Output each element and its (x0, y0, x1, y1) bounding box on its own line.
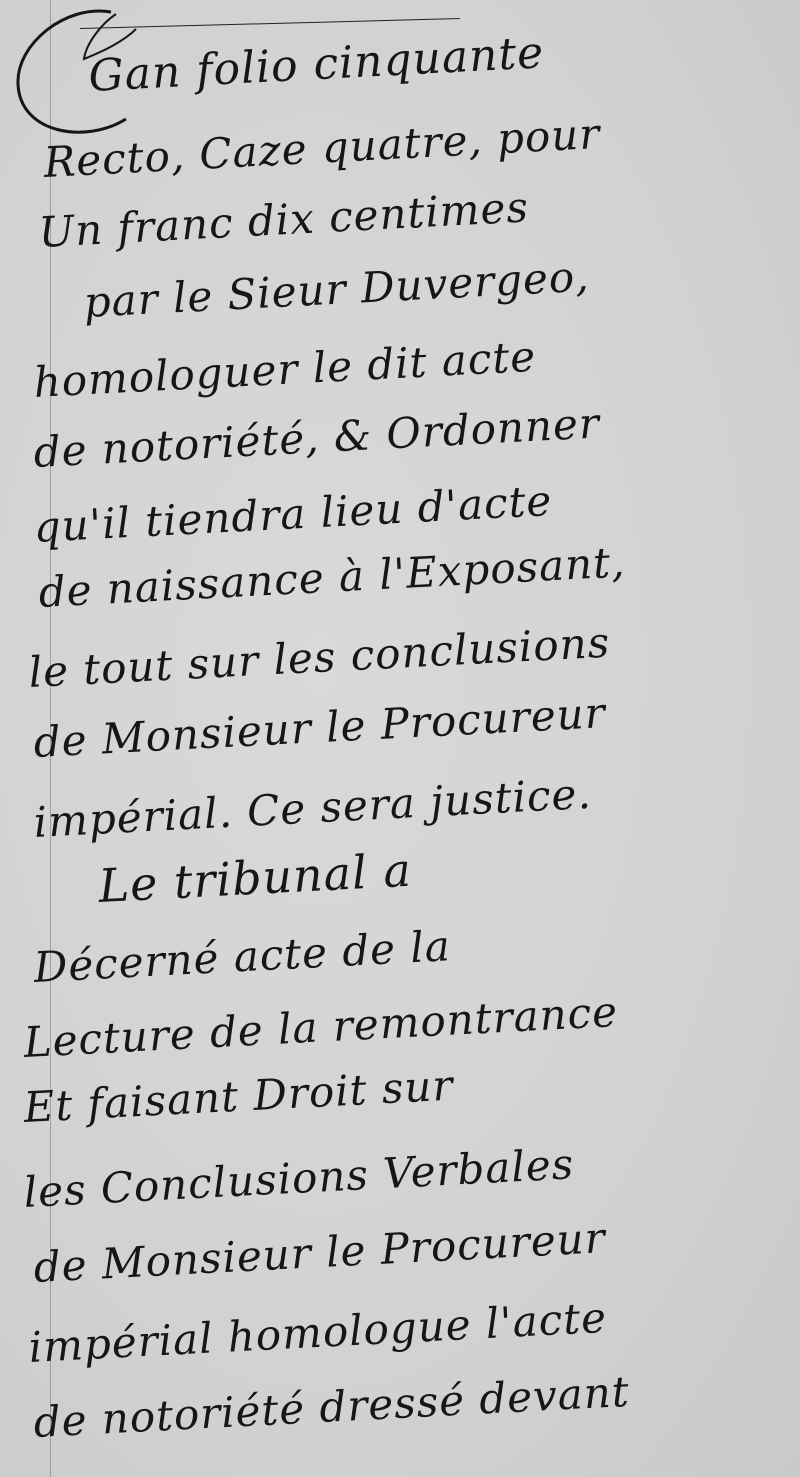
manuscript-line: les Conclusions Verbales (22, 1139, 575, 1217)
manuscript-line: de notoriété dressé devant (32, 1367, 630, 1447)
manuscript-line: Et faisant Droit sur (22, 1061, 454, 1132)
manuscript-line: qu'il tiendra lieu d'acte (32, 476, 553, 552)
manuscript-line: homologuer le dit acte (32, 332, 537, 407)
manuscript-line: Le tribunal a (97, 843, 413, 913)
manuscript-line: le tout sur les conclusions (27, 618, 611, 697)
manuscript-line: Gan folio cinquante (87, 27, 545, 102)
manuscript-page: Gan folio cinquanteRecto, Caze quatre, p… (0, 0, 800, 1477)
manuscript-line: impérial homologue l'acte (27, 1293, 608, 1372)
manuscript-line: de notoriété, & Ordonner (32, 398, 601, 477)
manuscript-line: Un franc dix centimes (37, 182, 530, 257)
manuscript-line: impérial. Ce sera justice. (32, 769, 592, 847)
manuscript-line: par le Sieur Duvergeo, (82, 252, 590, 327)
manuscript-line: de Monsieur le Procureur (32, 1213, 606, 1292)
manuscript-text-block: Gan folio cinquanteRecto, Caze quatre, p… (0, 0, 800, 1477)
manuscript-line: Recto, Caze quatre, pour (42, 109, 601, 187)
manuscript-line: Lecture de la remontrance (22, 987, 619, 1067)
manuscript-line: de Monsieur le Procureur (32, 688, 606, 767)
manuscript-line: Décerné acte de la (32, 921, 451, 992)
manuscript-line: de naissance à l'Exposant, (37, 537, 626, 617)
